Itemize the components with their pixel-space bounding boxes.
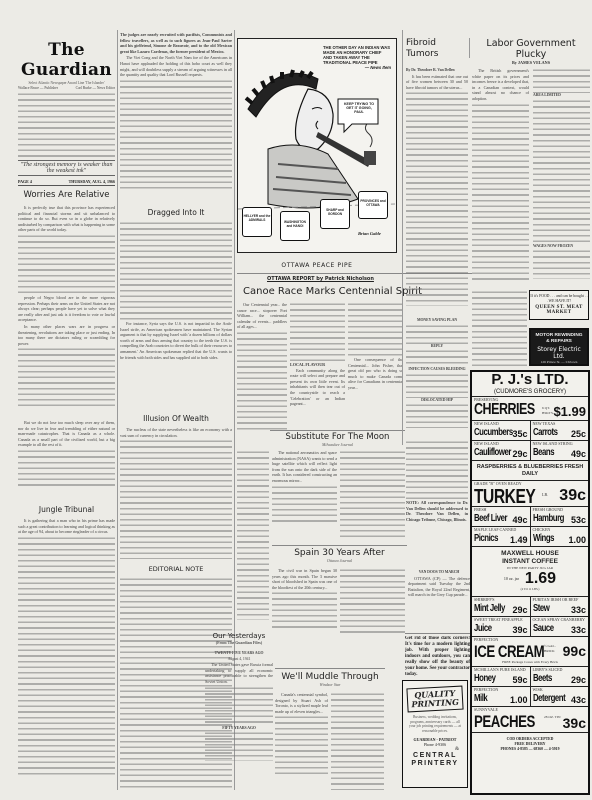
worries-headline-box: Worries Are Relative [18, 190, 115, 204]
cartoon-signature: Brian Gable [358, 231, 381, 236]
labor-headline: Labor Government Plucky [472, 38, 590, 60]
pjs-deal-peaches[interactable]: Sunnyvale PEACHES 28 OZ. TIN 39c [472, 706, 588, 732]
cartoon-jar-3: SHARP and GORDON [320, 199, 350, 229]
jungle-body: It is gathering that a man who in his pr… [18, 518, 115, 790]
pjs-deal-beans[interactable]: New Island String Beans 49c [530, 441, 589, 460]
pjs-deal-carrots[interactable]: New Texas Carrots 25c [530, 421, 589, 440]
pjs-deal-picnics[interactable]: Maple Leaf Canned Picnics 1.49 [472, 527, 530, 546]
queen-st-meat-market-name: QUEEN ST. MEAT MARKET [530, 305, 588, 315]
moon-source: Milwaukee Journal [270, 442, 405, 447]
yesterdays-headline-box: Our Yesterdays (From The Guardian Files) [205, 632, 273, 650]
jungle-headline: Jungle Tribunal [18, 505, 115, 514]
pjs-deal-hamburg[interactable]: Fresh Ground Hamburg 53c [530, 507, 589, 526]
fibroid-body: By Dr. Theodore R. Van Dellen It has bee… [406, 68, 468, 318]
pjs-footer: COD ORDERS ACCEPTED FREE DELIVERY PHONES… [472, 732, 588, 762]
pjs-deal-juice[interactable]: Sweet Treat Pineapple Juice 39c [472, 617, 530, 636]
masthead-motto: "The strongest memory is weaker than the… [18, 160, 115, 176]
pjs-deal-cherries[interactable]: Preserving CHERRIES 6 QT. BSKTS. $1.99 [472, 396, 588, 420]
dragged-headline: Dragged Into It [120, 208, 232, 217]
moon-headline: Substitute For The Moon [270, 432, 405, 442]
jungle-headline-box: Jungle Tribunal [18, 505, 115, 517]
editorial-cartoon: THE OTHER DAY AN INDIAN WAS MADE AN HONO… [237, 38, 397, 253]
pjs-store-name: P. J.'s LTD. [472, 372, 588, 388]
quality-printing-banner: QUALITY PRINTING [406, 686, 463, 713]
worries-body: It is perfectly true that this province … [18, 205, 115, 295]
pjs-store-subname: (CUDMORE'S GROCERY) [472, 388, 588, 396]
storey-electric-address: 126 Prince St. — Ch'town [531, 360, 587, 364]
pjs-deal-cucumbers[interactable]: New Island Cucumbers 35c [472, 421, 530, 440]
dragged-headline-box: Dragged Into It [120, 208, 232, 220]
cartoon-jar-4: PROVINCES and OTTAWA [358, 191, 388, 219]
storey-electric-ad[interactable]: MOTOR REWINDING & REPAIRS Storey Electri… [529, 328, 589, 366]
cartoon-caption: OTTAWA PEACE PIPE [237, 262, 397, 269]
illusion-headline: Illusion Of Wealth [120, 414, 232, 423]
pjs-deal-stew[interactable]: Puritan Irish or Beef Stew 33c [530, 597, 589, 616]
pjs-deal-beets[interactable]: Libby's Sliced Beets 29c [530, 667, 589, 686]
queen-st-meat-market-ad[interactable]: If it's FOOD . . . and can be bought . .… [529, 290, 589, 320]
masthead-info [18, 92, 115, 158]
canoe-col-1-cont [237, 450, 269, 620]
spain-headline-box: Spain 30 Years After Ottawa Journal [272, 548, 407, 566]
canoe-col-1: Our Centennial year... the canoe race...… [237, 302, 287, 432]
pjs-deal-ice-cream[interactable]: Perfection ICE CREAM ½ GAL. BRICK 99c FR… [472, 636, 588, 666]
cartoon-jar-2: WASHINGTON and HANOI [280, 211, 310, 241]
pjs-deal-detergent[interactable]: Wisk Detergent 43c [530, 687, 589, 706]
pjs-deal-milk[interactable]: Perfection Milk 1.00 [472, 687, 530, 706]
cartoon-speech: KEEP TRYING TO GET IT GOING, PAUL [342, 102, 376, 115]
canoe-col-2: LOCAL FLAVOUR Each community along the r… [290, 302, 345, 432]
moon-col-2 [340, 450, 405, 540]
worries-body-2: people of Negro blood are in the more vi… [18, 295, 115, 420]
labor-col-1-cont [472, 290, 527, 370]
spain-col-2 [340, 568, 405, 633]
spain-source: Ottawa Journal [272, 558, 407, 563]
pjs-deal-beef-liver[interactable]: Fresh Beef Liver 49c [472, 507, 530, 526]
canoe-col-3: One consequence of the Centennial... Joh… [348, 302, 403, 432]
yesterdays-headline: Our Yesterdays [205, 632, 273, 640]
pjs-deal-mint-jelly[interactable]: Shirriff's Mint Jelly 29c [472, 597, 530, 616]
worries-body-3: But we do not lose too much sleep over a… [18, 420, 115, 500]
pjs-deal-cauliflower[interactable]: New Island Cauliflower 29c [472, 441, 530, 460]
muddle-headline: We'll Muddle Through [275, 672, 385, 682]
masthead-tagline: Select Atlantic Newspaper Award Line 'Th… [18, 81, 115, 85]
labor-headline-box: Labor Government Plucky By JAMES VELANS … [472, 38, 590, 66]
spain-col-1: The civil war in Spain began 30 years ag… [272, 568, 337, 633]
fibroid-body-3: NOTE: All correspondence to Dr. Van Dell… [406, 440, 468, 550]
fibroid-headline-box: Fibroid Tumors [406, 38, 468, 66]
fibroid-headline: Fibroid Tumors [406, 38, 468, 60]
pjs-deal-coffee[interactable]: MAXWELL HOUSE INSTANT COFFEE IN THE NEW … [472, 546, 588, 596]
illusion-body: The nucleus of the state nevertheless is… [120, 427, 232, 562]
illusion-headline-box: Illusion Of Wealth [120, 414, 232, 426]
pjs-deal-wings[interactable]: Chicken Wings 1.00 [530, 527, 589, 546]
yesterdays-source: (From The Guardian Files) [205, 640, 273, 645]
editorial-headline: EDITORIAL NOTE [120, 565, 232, 573]
pjs-phones: PHONES 4-8585 — 68360 — 4-5919 [472, 747, 588, 752]
dragged-body: For instance, Syria says the U.S. is not… [120, 221, 232, 411]
dateline: PAGE 4 THURSDAY, AUG. 4, 1966 [18, 179, 115, 186]
editorial-headline-box: EDITORIAL NOTE [120, 565, 232, 575]
worries-headline: Worries Are Relative [18, 190, 115, 200]
vandoos-story: VAN DOOS TO MARCH OTTAWA (CP) — The defe… [408, 570, 470, 630]
newspaper-page: The Guardian Select Atlantic Newspaper A… [0, 0, 592, 800]
tribunal-continued: The judges are nearly recruited with pac… [120, 32, 232, 207]
pjs-deal-sauce[interactable]: Ocean Spray Cranberry Sauce 33c [530, 617, 589, 636]
muddle-col-2 [331, 692, 384, 790]
quality-printing-body: Business, wedding invitations, programs,… [409, 715, 461, 733]
masthead-staff: Wallace Bruce — Publisher Carl Burke — N… [18, 86, 115, 90]
storey-electric-name: Storey Electric Ltd. [531, 346, 587, 360]
spain-headline: Spain 30 Years After [272, 548, 407, 558]
pjs-deal-turkey[interactable]: Grade "B" Oven Ready TURKEY LB. 39c [472, 480, 588, 506]
pjs-berries-banner: RASPBERRIES & BLUEBERRIES FRESH DAILY [472, 460, 588, 480]
masthead-title: The Guardian [18, 40, 115, 80]
pjs-deal-honey[interactable]: McMillan's Pure Island Honey 59c [472, 667, 530, 686]
moon-col-1: The national aeronautics and space admin… [272, 450, 337, 540]
muddle-source: Windsor Star [275, 682, 385, 687]
pjs-grocery-ad[interactable]: P. J.'s LTD. (CUDMORE'S GROCERY) Preserv… [470, 370, 590, 795]
moon-headline-box: Substitute For The Moon Milwaukee Journa… [270, 432, 405, 448]
labor-col-2: AREA LIMITED WAGES NOW FROZEN [533, 68, 590, 288]
labor-col-1: The British government's white paper on … [472, 68, 529, 288]
muddle-col-1: Canada's centennial symbol, designed by … [275, 692, 328, 790]
yesterdays-body: TWENTY FIVE YEARS AGO August 4, 1941 The… [205, 651, 273, 790]
muddle-headline-box: We'll Muddle Through Windsor Star [275, 672, 385, 690]
fibroid-body-2: MONEY SAVING PLAN REPLY INFECTION CAUSES… [406, 318, 468, 438]
masthead: The Guardian Select Atlantic Newspaper A… [18, 40, 115, 92]
masthead-motto-box: "The strongest memory is weaker than the… [18, 160, 115, 178]
quality-printing-ad[interactable]: QUALITY PRINTING Business, wedding invit… [402, 680, 468, 788]
cartoon-caption-box: OTTAWA PEACE PIPE [237, 262, 397, 272]
cartoon-jar-1: HELLYER and the ADMIRALS [242, 207, 272, 237]
